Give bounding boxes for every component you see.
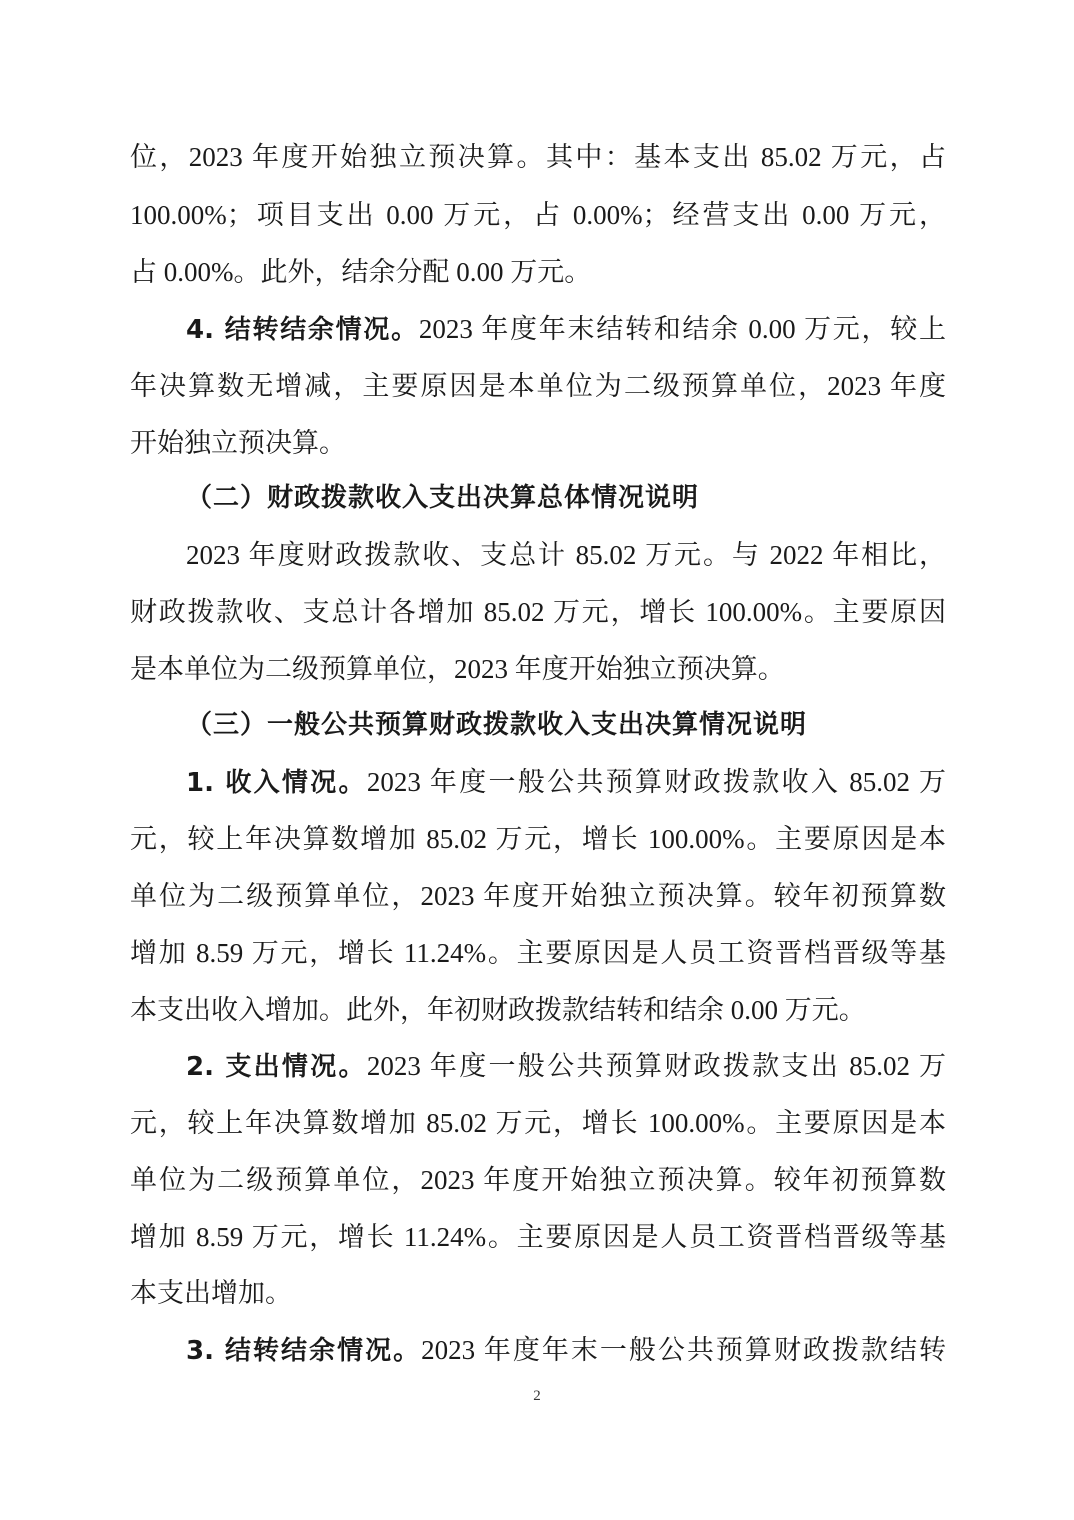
paragraph-line: 4. 结转结余情况。2023 年度年末结转和结余 0.00 万元，较上: [186, 309, 946, 349]
paragraph-line: 100.00%；项目支出 0.00 万元，占 0.00%；经营支出 0.00 万…: [130, 195, 946, 235]
line-text: 位，2023 年度开始独立预决算。其中：基本支出 85.02 万元，占: [130, 142, 946, 172]
line-text: 单位为二级预算单位，2023 年度开始独立预决算。较年初预算数: [130, 881, 946, 911]
item-lead-heading: 2. 支出情况。: [186, 1052, 367, 1082]
paragraph-line: 3. 结转结余情况。2023 年度年末一般公共预算财政拨款结转: [186, 1330, 946, 1370]
line-text: 2023 年度一般公共预算财政拨款支出 85.02 万: [367, 1051, 946, 1081]
line-text: 2023 年度年末一般公共预算财政拨款结转: [421, 1335, 946, 1365]
paragraph-line: 年决算数无增减，主要原因是本单位为二级预算单位，2023 年度: [130, 366, 946, 406]
paragraph-line: 位，2023 年度开始独立预决算。其中：基本支出 85.02 万元，占: [130, 137, 946, 177]
line-text: 2023 年度一般公共预算财政拨款收入 85.02 万: [367, 767, 946, 797]
paragraph-line: 财政拨款收、支总计各增加 85.02 万元，增长 100.00%。主要原因: [130, 592, 946, 632]
paragraph-line: 本支出收入增加。此外，年初财政拨款结转和结余 0.00 万元。: [130, 990, 946, 1030]
line-text: 2023 年度财政拨款收、支总计 85.02 万元。与 2022 年相比，: [186, 540, 946, 570]
paragraph-line: 1. 收入情况。2023 年度一般公共预算财政拨款收入 85.02 万: [186, 762, 946, 802]
paragraph-line: 占 0.00%。此外，结余分配 0.00 万元。: [130, 252, 946, 292]
paragraph-line: 元，较上年决算数增加 85.02 万元，增长 100.00%。主要原因是本: [130, 819, 946, 859]
line-text: 元，较上年决算数增加 85.02 万元，增长 100.00%。主要原因是本: [130, 824, 946, 854]
paragraph-line: 开始独立预决算。: [130, 423, 946, 463]
paragraph-line: 2023 年度财政拨款收、支总计 85.02 万元。与 2022 年相比，: [186, 535, 946, 575]
line-text: 元，较上年决算数增加 85.02 万元，增长 100.00%。主要原因是本: [130, 1108, 946, 1138]
paragraph-line: 元，较上年决算数增加 85.02 万元，增长 100.00%。主要原因是本: [130, 1103, 946, 1143]
line-text: 年决算数无增减，主要原因是本单位为二级预算单位，2023 年度: [130, 371, 946, 401]
document-page: 位，2023 年度开始独立预决算。其中：基本支出 85.02 万元，占 100.…: [0, 0, 1074, 1520]
page-number: 2: [0, 1388, 1074, 1405]
paragraph-line: 是本单位为二级预算单位，2023 年度开始独立预决算。: [130, 649, 946, 689]
paragraph-line: 单位为二级预算单位，2023 年度开始独立预决算。较年初预算数: [130, 876, 946, 916]
line-text: 增加 8.59 万元，增长 11.24%。主要原因是人员工资晋档晋级等基: [130, 938, 946, 968]
section-heading-text: （三）一般公共预算财政拨款收入支出决算情况说明: [186, 710, 807, 740]
item-lead-heading: 4. 结转结余情况。: [186, 315, 419, 345]
section-heading: （三）一般公共预算财政拨款收入支出决算情况说明: [186, 705, 946, 745]
paragraph-line: 增加 8.59 万元，增长 11.24%。主要原因是人员工资晋档晋级等基: [130, 933, 946, 973]
line-text: 增加 8.59 万元，增长 11.24%。主要原因是人员工资晋档晋级等基: [130, 1222, 946, 1252]
item-lead-heading: 1. 收入情况。: [186, 768, 367, 798]
paragraph-line: 本支出增加。: [130, 1273, 946, 1313]
line-text: 是本单位为二级预算单位，2023 年度开始独立预决算。: [130, 654, 785, 684]
line-text: 单位为二级预算单位，2023 年度开始独立预决算。较年初预算数: [130, 1165, 946, 1195]
line-text: 占 0.00%。此外，结余分配 0.00 万元。: [130, 257, 591, 287]
line-text: 财政拨款收、支总计各增加 85.02 万元，增长 100.00%。主要原因: [130, 597, 946, 627]
line-text: 100.00%；项目支出 0.00 万元，占 0.00%；经营支出 0.00 万…: [130, 200, 946, 230]
paragraph-line: 2. 支出情况。2023 年度一般公共预算财政拨款支出 85.02 万: [186, 1046, 946, 1086]
section-heading-text: （二）财政拨款收入支出决算总体情况说明: [186, 483, 699, 513]
paragraph-line: 单位为二级预算单位，2023 年度开始独立预决算。较年初预算数: [130, 1160, 946, 1200]
line-text: 2023 年度年末结转和结余 0.00 万元，较上: [419, 314, 946, 344]
section-heading: （二）财政拨款收入支出决算总体情况说明: [186, 478, 946, 518]
line-text: 本支出收入增加。此外，年初财政拨款结转和结余 0.00 万元。: [130, 995, 866, 1025]
item-lead-heading: 3. 结转结余情况。: [186, 1336, 421, 1366]
line-text: 开始独立预决算。: [130, 428, 346, 458]
line-text: 本支出增加。: [130, 1278, 292, 1308]
paragraph-line: 增加 8.59 万元，增长 11.24%。主要原因是人员工资晋档晋级等基: [130, 1217, 946, 1257]
